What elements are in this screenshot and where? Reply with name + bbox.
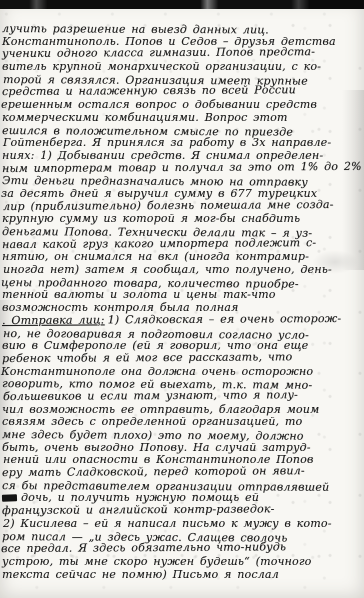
- handwritten-line: . Отправка лиц:1) Слядковская – ея очень…: [2, 313, 364, 328]
- underlined-heading: . Отправка лиц:: [2, 313, 105, 327]
- handwritten-line: лир (приблизительно) болезнь помешала мн…: [3, 198, 364, 213]
- handwritten-line: связям здесь с определенной организацией…: [2, 416, 364, 429]
- handwritten-line: ным импортерам товар и получал за это от…: [2, 160, 364, 175]
- handwritten-line: коммерческими комбинациями. Вопрос этот: [2, 112, 364, 125]
- handwritten-line: средства и налаженную связь по всей Росс…: [2, 84, 364, 99]
- handwritten-line: иногда нет) затем я сообщал, что получен…: [3, 264, 364, 277]
- handwritten-line: ребенок чтобы я ей мог все рассказать, ч…: [2, 351, 364, 366]
- handwritten-line: ешился в положительном смысле по приезде: [2, 125, 364, 140]
- handwritten-line: мне здесь будет плохо) это по моему, дол…: [2, 429, 364, 444]
- crossed-out-word-blot: [2, 495, 17, 503]
- scan-edge-artifact: [0, 0, 364, 9]
- handwritten-line: текста сейчас не помню) Письмо я послал: [2, 569, 364, 582]
- handwritten-line: лучить разрешение на выезд данных лиц.: [2, 23, 364, 38]
- handwritten-line: ся бы представителем организации отправл…: [2, 480, 364, 495]
- manuscript-text: лучить разрешение на выезд данных лиц.Ко…: [2, 23, 364, 581]
- handwritten-line: навал какой груз какого импортера подлеж…: [2, 236, 364, 251]
- handwritten-line: цены проданного товара, количество приоб…: [1, 277, 364, 292]
- handwritten-line: витель крупной монархической организации…: [2, 61, 364, 74]
- handwritten-line: французской и английской контр-разведок-: [2, 503, 364, 518]
- handwritten-line: 2) Кисилева – ей я написал письмо к мужу…: [3, 518, 364, 531]
- manuscript-scan-page: лучить разрешение на выезд данных лиц.Ко…: [0, 0, 364, 598]
- handwritten-line: все предал. Я здесь обязательно что-нибу…: [1, 541, 364, 556]
- handwritten-line: ерешенным остался вопрос о добывании сре…: [1, 99, 364, 112]
- handwritten-line: большевиков и если там узнают, что я пол…: [3, 389, 364, 404]
- handwritten-line: но, не договаривая я подготовил согласно…: [3, 328, 364, 343]
- handwritten-line: ученики одного класса гимназии. Попов пр…: [2, 46, 364, 61]
- handwritten-line: еру мать Сладковской, перед которой он я…: [2, 465, 364, 480]
- handwritten-line: Эти деньги предназначались мною на отпра…: [2, 175, 364, 190]
- handwritten-line: устрою, ты мне скоро нужен будешь“ (точн…: [2, 556, 364, 569]
- handwritten-line: крупную сумму из которой я мог-бы снабди…: [2, 213, 364, 226]
